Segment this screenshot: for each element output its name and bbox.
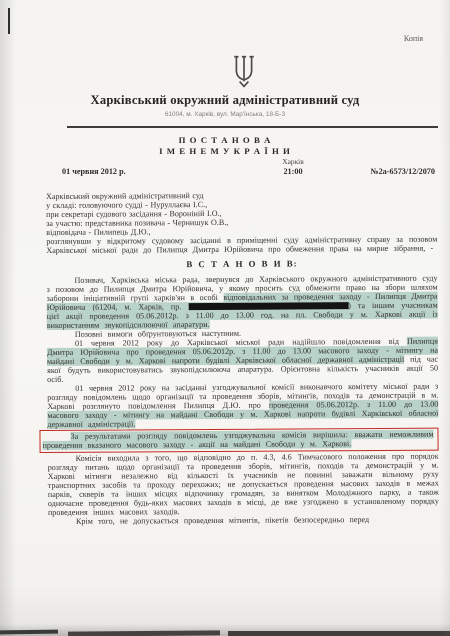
case-number: №2а-6573/12/2070 [370, 167, 435, 176]
case-intro-paragraph: розглянувши у відкритому судовому засіда… [46, 235, 437, 255]
section-heading: В С Т А Н О В И В: [46, 259, 437, 270]
paragraph-claim: Позивач, Харківська міська рада, звернув… [47, 274, 438, 330]
header-divider [67, 126, 438, 128]
trident-icon [233, 55, 255, 89]
scan-artifact-line [8, 8, 10, 34]
scan-edge-shadow [68, 630, 220, 636]
decision-date: 01 червня 2012 р. [62, 167, 126, 176]
city-label: Харків [243, 157, 343, 166]
decision-time: 21:00 [243, 167, 343, 176]
court-name: Харківський окружний адміністративний су… [0, 93, 450, 108]
highlighted-decision-text: За результатами розгляду повідомлень узг… [43, 430, 434, 450]
scan-edge-shadow [0, 630, 58, 635]
paragraph-additional-restriction: Крім того, не допускається проведення мі… [48, 515, 439, 526]
scan-edge-shadow [228, 631, 450, 636]
court-address: 61004, м. Харків, вул. Мар'їнська, 18-Б-… [0, 111, 450, 118]
document-title: П О С Т А Н О В А [0, 135, 450, 145]
redaction-bar [188, 302, 348, 310]
scanned-court-document: Копія Харківський окружний адміністратив… [0, 0, 450, 636]
document-subtitle: І М Е Н Е М У К Р А Ї Н И [0, 146, 450, 156]
paragraph-commission-decision: За результатами розгляду повідомлень узг… [42, 430, 433, 450]
copy-label: Копія [404, 34, 423, 43]
paragraph-commission-session: 01 червня 2012 року на засіданні узгоджу… [47, 382, 438, 429]
paragraph-commission-reasoning: Комісія виходила з того, що відповідно д… [48, 452, 439, 517]
document-body: Харківський окружний адміністративний су… [46, 190, 439, 526]
red-annotation-box: За результатами розгляду повідомлень узг… [39, 428, 438, 453]
paragraph-notification: 01 червня 2012 року до Харківської міськ… [47, 337, 438, 384]
ukraine-trident-emblem [233, 55, 255, 89]
